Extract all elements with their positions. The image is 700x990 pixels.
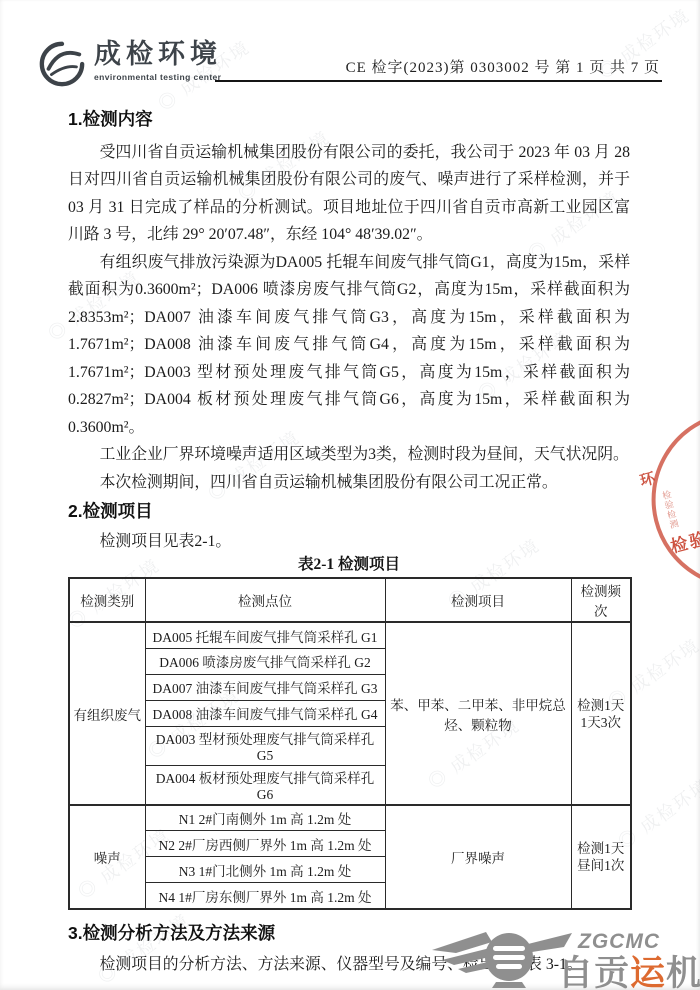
point-cell: DA007 油漆车间废气排气筒采样孔 G3 [145, 674, 385, 700]
report-page: ◎ 成检环境 ◎ 成检环境 ◎ 成检环境 ◎ 成检环境 ◎ 成检环境 ◎ 成检环… [0, 0, 700, 990]
logo-company-subtitle: environmental testing center [94, 72, 222, 82]
point-cell: DA004 板材预处理废气排气筒采样孔 G6 [145, 765, 385, 805]
col-header-frequency: 检测频次 [571, 578, 631, 622]
point-cell: N3 1#门北侧外 1m 高 1.2m 处 [145, 857, 385, 883]
col-header-point: 检测点位 [145, 578, 385, 622]
point-cell: N1 2#门南侧外 1m 高 1.2m 处 [145, 805, 385, 831]
brand-name-part: 机 [666, 954, 700, 990]
table-2-1-title: 表2-1 检测项目 [68, 555, 630, 575]
items-cell: 苯、甲苯、二甲苯、非甲烷总烃、颗粒物 [385, 622, 571, 805]
section-2-heading: 2.检测项目 [68, 500, 630, 524]
seal-side-marks: 检验检测 [659, 489, 681, 531]
report-number-pagination: CE 检字(2023)第 0303002 号 第 1 页 共 7 页 [346, 56, 660, 77]
frequency-line-2: 1天3次 [575, 714, 628, 731]
seal-circle [633, 392, 700, 608]
section-1-paragraph-4: 本次检测期间，四川省自贡运输机械集团股份有限公司工况正常。 [68, 469, 630, 497]
point-cell: DA006 喷漆房废气排气筒采样孔 G2 [145, 648, 385, 674]
logo-swirl-icon [38, 40, 86, 88]
point-cell: DA008 油漆车间废气排气筒采样孔 G4 [145, 700, 385, 726]
frequency-cell: 检测1天 昼间1次 [571, 805, 631, 909]
category-cell: 噪声 [69, 805, 145, 909]
logo-company-name: 成检环境 [94, 40, 222, 70]
section-1-paragraph-3: 工业企业厂界环境噪声适用区域类型为3类，检测时段为昼间，天气状况阴。 [68, 441, 630, 469]
report-body: 1.检测内容 受四川省自贡运输机械集团股份有限公司的委托，我公司于 2023 年… [68, 108, 630, 979]
zgcmc-footer-logo: ZGCMC 自贡运机 [430, 922, 700, 990]
seal-char-top: 环 [638, 467, 658, 491]
point-cell: DA003 型材预处理废气排气筒采样孔 G5 [145, 726, 385, 765]
section-1-heading: 1.检测内容 [68, 108, 630, 132]
col-header-category: 检测类别 [69, 578, 145, 622]
frequency-line-1: 检测1天 [575, 697, 628, 714]
brand-name-part: 自贡 [558, 954, 630, 990]
section-2-paragraph-1: 检测项目见表2-1。 [68, 528, 630, 556]
table-row: 噪声 N1 2#门南侧外 1m 高 1.2m 处 厂界噪声 检测1天 昼间1次 [69, 805, 631, 831]
col-header-item: 检测项目 [385, 578, 571, 622]
section-1-paragraph-2: 有组织废气排放污染源为DA005 托辊车间废气排气筒G1，高度为15m，采样截面… [68, 249, 630, 442]
inspection-seal: 环 检验检测 检验 [628, 386, 700, 616]
point-cell: DA005 托辊车间废气排气筒采样孔 G1 [145, 622, 385, 648]
frequency-line-2: 昼间1次 [575, 857, 628, 874]
seal-label: 检验 [668, 524, 700, 557]
company-logo: 成检环境 environmental testing center [38, 40, 222, 88]
items-cell: 厂界噪声 [385, 805, 571, 909]
frequency-cell: 检测1天 1天3次 [571, 622, 631, 805]
category-cell: 有组织废气 [69, 622, 145, 805]
section-1-paragraph-1: 受四川省自贡运输机械集团股份有限公司的委托，我公司于 2023 年 03 月 2… [68, 139, 630, 249]
frequency-line-1: 检测1天 [575, 840, 628, 857]
brand-name: 自贡运机 [558, 946, 700, 990]
point-cell: N4 1#厂房东侧厂界外 1m 高 1.2m 处 [145, 883, 385, 909]
header-rule [215, 80, 662, 82]
point-cell: N2 2#厂房西侧厂界外 1m 高 1.2m 处 [145, 831, 385, 857]
table-header-row: 检测类别 检测点位 检测项目 检测频次 [69, 578, 631, 622]
brand-name-accent: 运 [630, 954, 666, 990]
table-row: 有组织废气 DA005 托辊车间废气排气筒采样孔 G1 苯、甲苯、二甲苯、非甲烷… [69, 622, 631, 648]
table-2-1: 检测类别 检测点位 检测项目 检测频次 有组织废气 DA005 托辊车间废气排气… [68, 577, 632, 910]
